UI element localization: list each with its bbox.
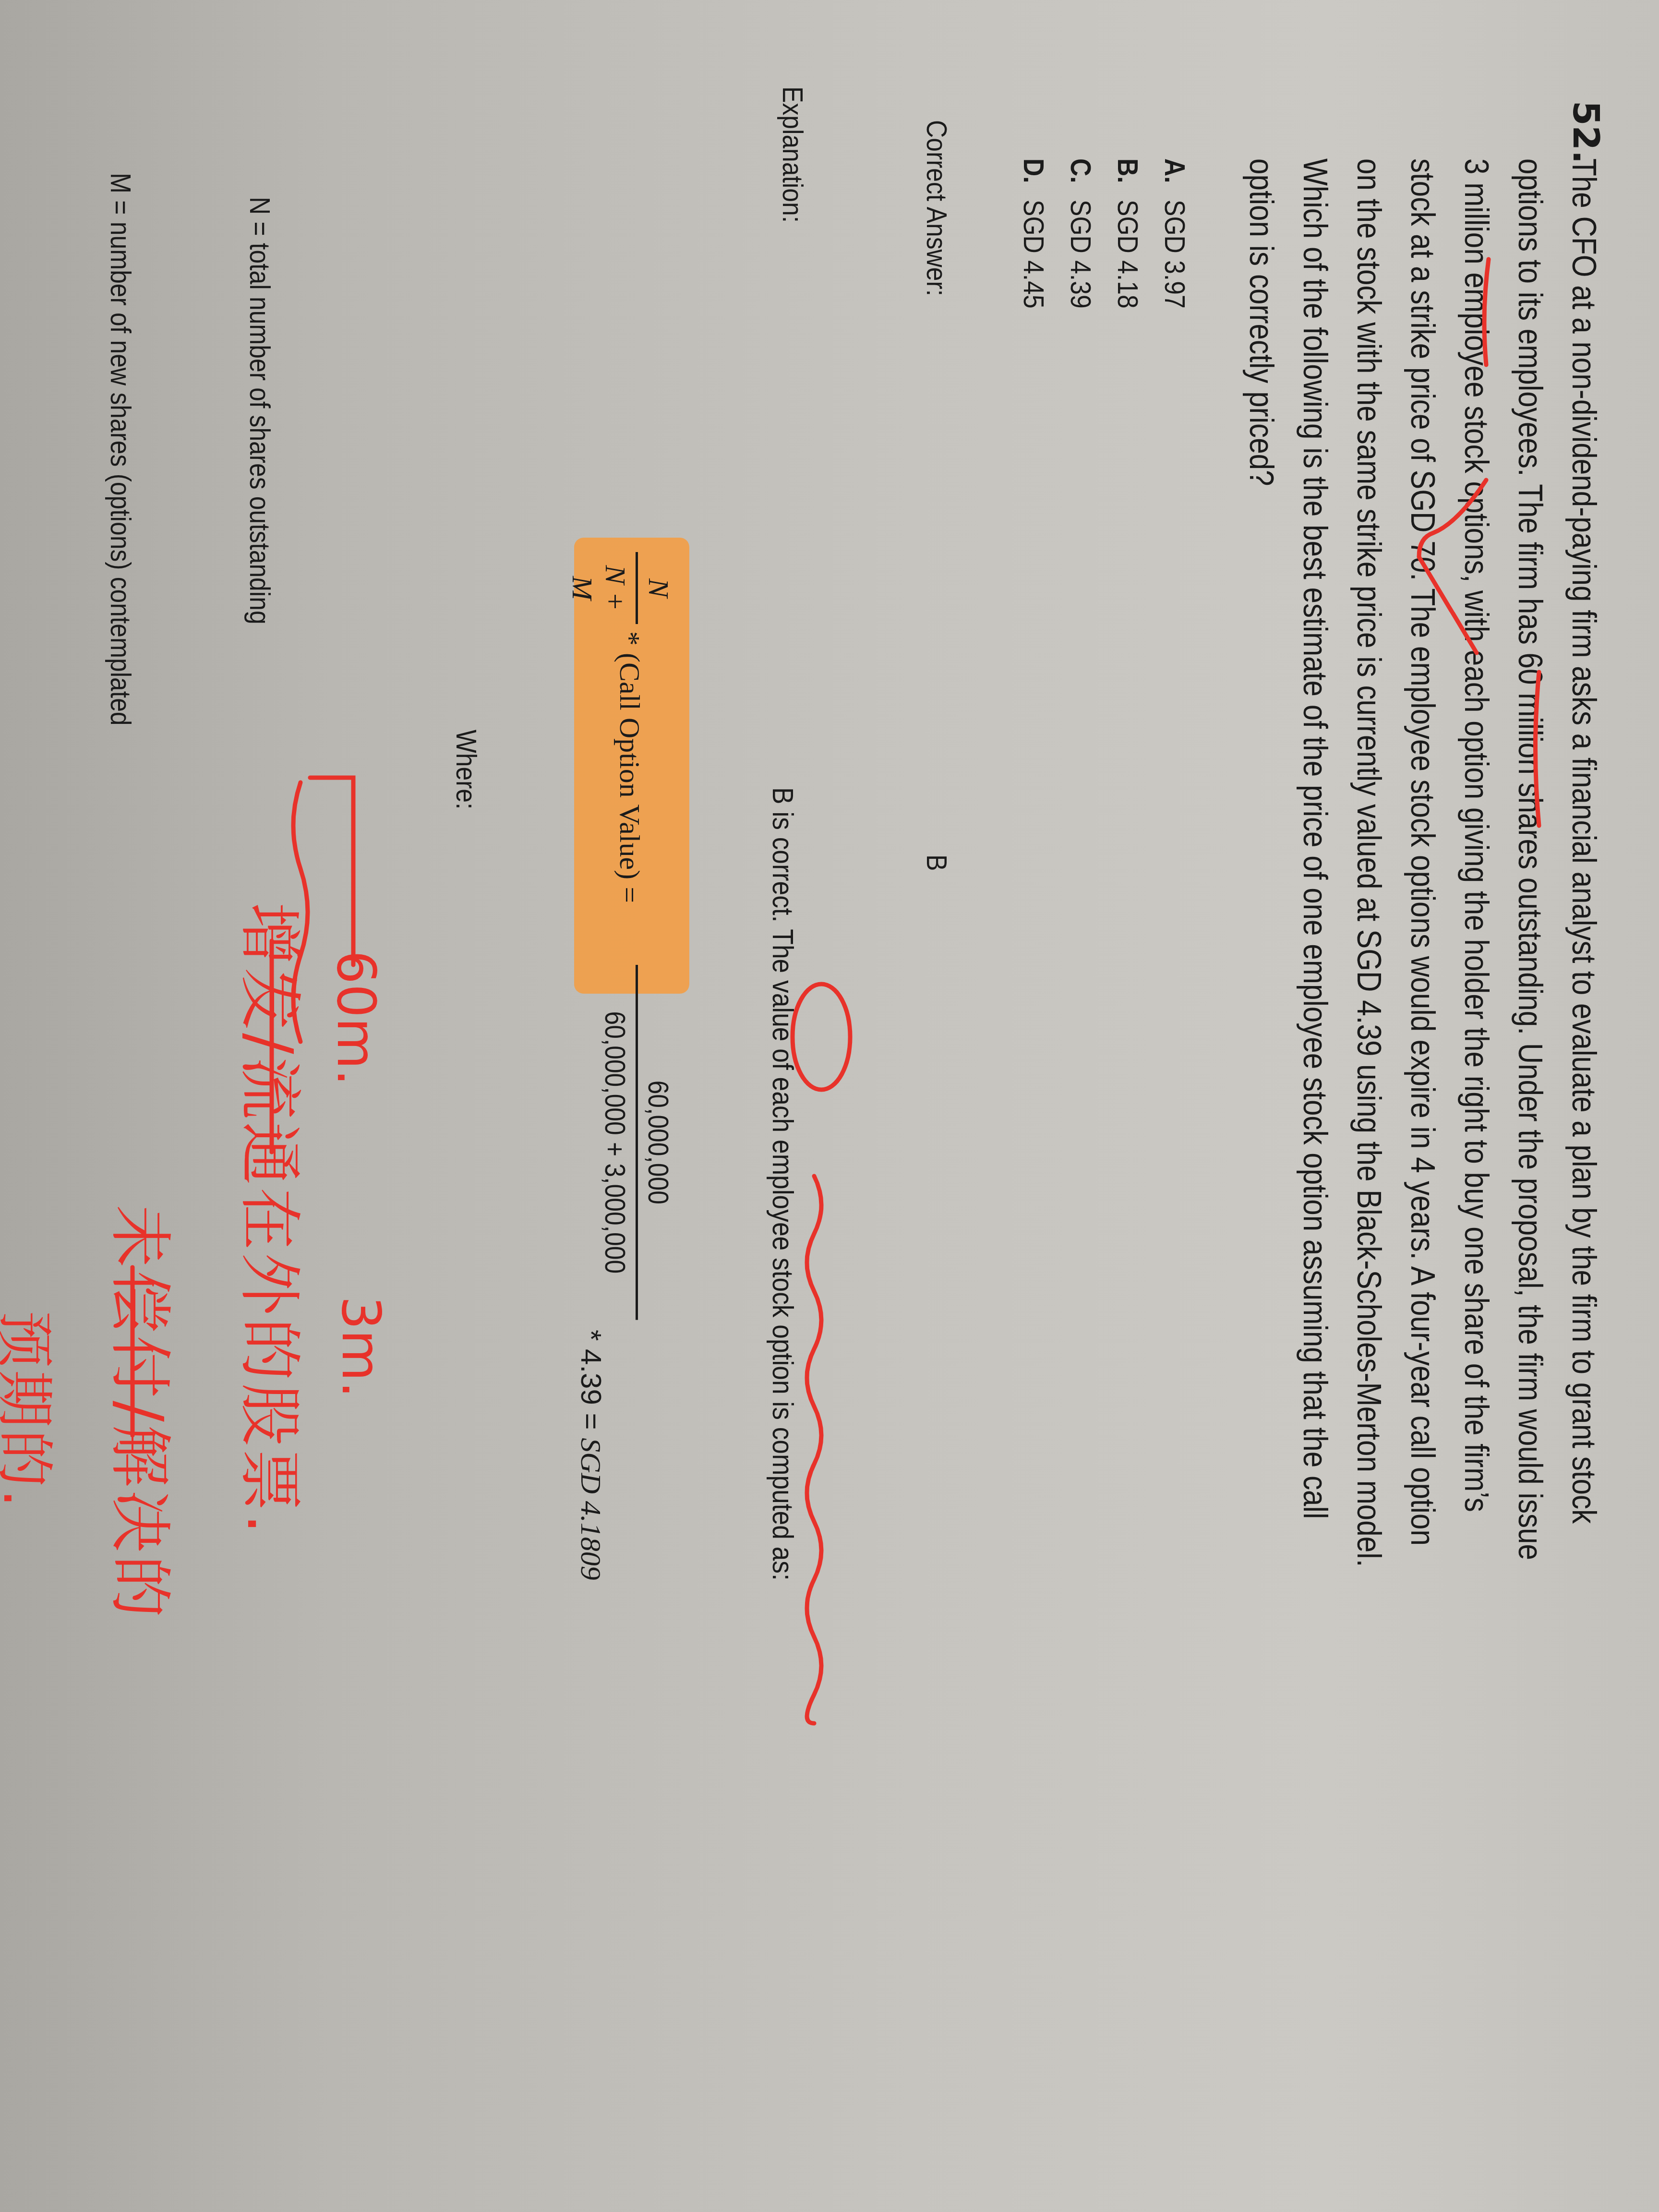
rhs-result: * 4.39 = SGD 4.1809 <box>574 1330 608 1580</box>
rhs-fraction: 60,000,000 60,000,000 + 3,000,000 <box>599 965 675 1320</box>
choice-letter: C. <box>1057 158 1104 183</box>
fraction-bar <box>636 965 638 1320</box>
choice-text: SGD 3.97 <box>1151 200 1198 309</box>
lhs-fraction: N N + M <box>565 552 675 624</box>
choice-a[interactable]: A. SGD 3.97 <box>1151 158 1198 309</box>
question-number: 52. <box>1565 101 1606 164</box>
definition-n: N = total number of shares outstanding <box>243 197 276 625</box>
handwritten-note-3m: 3m. <box>330 1296 392 1398</box>
handwritten-note-60m: 60m. <box>325 950 387 1086</box>
answer-choices: A. SGD 3.97 B. SGD 4.18 C. SGD 4.39 D. S… <box>1010 158 1198 309</box>
choice-letter: D. <box>1010 158 1057 183</box>
definition-m: M = number of new shares (options) conte… <box>104 173 137 726</box>
result-value: SGD 4.1809 <box>575 1438 607 1580</box>
choice-text: SGD 4.39 <box>1057 200 1104 309</box>
choice-letter: A. <box>1151 158 1198 183</box>
choice-c[interactable]: C. SGD 4.39 <box>1057 158 1104 309</box>
rhs-multiplier: * 4.39 = <box>575 1330 607 1438</box>
correct-answer-label: Correct Answer: <box>920 120 953 296</box>
choice-text: SGD 4.45 <box>1010 200 1057 309</box>
question-text: The CFO at a non-dividend-paying firm as… <box>1235 158 1611 1570</box>
correct-answer-value: B <box>920 854 953 871</box>
lhs-multiplier: * (Call Option Value) = <box>613 631 646 903</box>
circle-value <box>793 984 850 1090</box>
rhs-numerator: 60,000,000 <box>642 965 675 1320</box>
choice-letter: B. <box>1104 158 1151 183</box>
lhs-numerator: N <box>642 552 675 624</box>
exam-page: 52. The CFO at a non-dividend-paying fir… <box>0 0 1659 2212</box>
wavy-underline <box>807 1176 821 1723</box>
handwritten-note-contemplated: 预期的. <box>0 1310 70 1509</box>
explanation-intro: B is correct. The value of each employee… <box>766 787 800 1581</box>
rhs-denominator: 60,000,000 + 3,000,000 <box>599 965 632 1320</box>
choice-text: SGD 4.18 <box>1104 200 1151 309</box>
lhs-denominator: N + M <box>565 552 632 624</box>
explanation-label: Explanation: <box>776 86 809 223</box>
fraction-bar <box>636 552 638 624</box>
handwritten-note-outstanding: 增发/流通在外的股票. <box>230 902 320 1537</box>
choice-b[interactable]: B. SGD 4.18 <box>1104 158 1151 309</box>
choice-d[interactable]: D. SGD 4.45 <box>1010 158 1057 309</box>
where-label: Where: <box>450 730 483 809</box>
handwritten-note-unsettled: 未偿付/解决的 <box>100 1205 190 1621</box>
